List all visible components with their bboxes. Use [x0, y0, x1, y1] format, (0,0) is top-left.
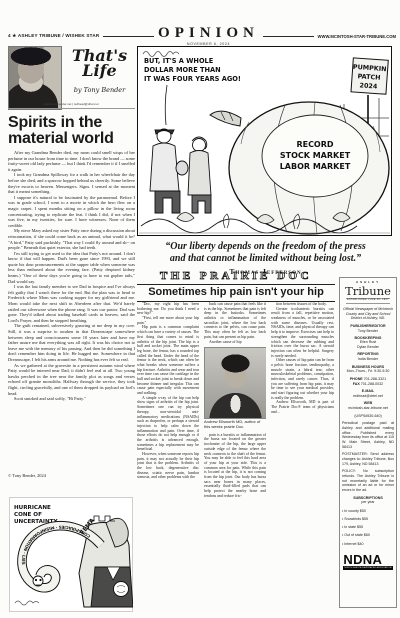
- header-rule-left: [103, 36, 154, 37]
- pumpkin-label-line1: RECORD: [296, 140, 333, 149]
- svg-text:IT WAS FOUR YEARS AGO!: IT WAS FOUR YEARS AGO!: [144, 75, 241, 83]
- photo-caption: Andrew Ellsworth MD, author of this week…: [204, 420, 266, 430]
- masthead-brand: Tribune: [342, 285, 394, 297]
- skull: [33, 576, 43, 586]
- periodical-note: Periodical postage paid at Ashley and ad…: [342, 421, 394, 449]
- fax-line: FAX 701-288-0032: [342, 382, 394, 387]
- quote-line-2: and that cannot be limited without being…: [137, 253, 394, 265]
- masthead-info-box: ASHLEY Tribune ESTABLISHED JUNE 28, 1907…: [339, 277, 397, 608]
- pumpkin-cartoon-drawing: PUMPKIN PATCH 2024 RECORD STOCK MARKET L…: [137, 46, 392, 236]
- prairie-doc-headline: Sometimes hip pain isn't your hip: [137, 287, 335, 299]
- thats-life-column-header: That's Life by Tony Bender www.tonybende…: [8, 46, 135, 112]
- header-center: OPINION NOVEMBER 6, 2024: [158, 26, 259, 46]
- column-byline: by Tony Bender: [64, 86, 135, 94]
- article-headline: Spirits in the material world: [8, 115, 135, 147]
- postmaster-note: POSTMASTER: Send address changes to: Ash…: [342, 452, 394, 466]
- email-address: redhead@drtel.net: [342, 394, 394, 399]
- ndna-logo: NDNA NORTH DAKOTA NEWSPAPER ASSOCIATION: [343, 554, 392, 570]
- policy-note: POLICY: No subscription refunds. The Ash…: [342, 469, 394, 492]
- website-url: WWW.MCINTOSH-STAR-TRIBUNE.COM: [318, 34, 396, 39]
- usps-number: (USPS#530-640): [342, 414, 394, 419]
- header-rule-right: [263, 36, 314, 37]
- phone-number: 701-288-3321: [364, 377, 386, 381]
- subscriptions-block: SUBSCRIPTIONS per year • In county $50• …: [342, 496, 394, 547]
- subscriptions-per-year: per year: [342, 500, 394, 505]
- rule: [137, 284, 335, 285]
- staff-name: India Bender: [342, 357, 394, 362]
- newspaper-opinion-page: 4 ★ ASHLEY TRIBUNE / WISHEK STAR OPINION…: [0, 0, 400, 618]
- page-header: 4 ★ ASHLEY TRIBUNE / WISHEK STAR OPINION…: [8, 26, 396, 46]
- andrew-ellsworth-photo: [204, 347, 266, 419]
- article-body: After my Grandma Bender died, my mom cou…: [8, 150, 135, 472]
- pumpkin-label-line3: LABOR MARKET: [280, 162, 351, 171]
- fax-number: 701-288-0032: [361, 382, 383, 386]
- copyright-line: © Tony Bender, 2024: [8, 473, 135, 478]
- column-title: That's Life: [64, 48, 135, 78]
- subscription-rates: • In county $50• Snowbirds $55• In state…: [342, 509, 394, 547]
- fax-label: FAX: [353, 382, 360, 386]
- svg-text:DOLLAR MORE THAN: DOLLAR MORE THAN: [144, 66, 221, 74]
- column-contact-line: www.tonybender.net | redhead@drtel.net: [8, 102, 135, 109]
- svg-text:PATCH: PATCH: [357, 72, 380, 82]
- web-address: mcintosh-star-tribune.net: [342, 406, 394, 411]
- prairie-doc-header: THE PRAIRIE DOC Sometimes hip pain isn't…: [137, 271, 335, 304]
- phone-label: PHONE: [350, 377, 363, 381]
- page-number: 4: [8, 33, 11, 38]
- tony-bender-portrait: [8, 46, 62, 110]
- elephant-cartoon-drawing: HURRICANE CONE OF UNCERTAINTY CONSPIRACI…: [9, 497, 133, 612]
- pumpkin-label-line2: STOCK MARKET: [280, 151, 351, 160]
- svg-text:BUT, IT'S A WHOLE: BUT, IT'S A WHOLE: [144, 57, 214, 65]
- editorial-cartoon-elephant: HURRICANE CONE OF UNCERTAINTY CONSPIRACI…: [9, 497, 133, 612]
- staff-name: Dylan Bender: [342, 345, 394, 350]
- prairie-doc-col2-top: back can cause pain that feels like it i…: [204, 302, 266, 344]
- masthead-established: ESTABLISHED JUNE 28, 1907: [346, 298, 390, 304]
- svg-text:CONE OF: CONE OF: [14, 512, 42, 518]
- star-icon: ★: [12, 33, 16, 38]
- pumpkin-patch-sign: PUMPKIN PATCH 2024: [351, 58, 388, 94]
- prairie-doc-column-3: tion between tissues of the body.Greater…: [271, 302, 334, 616]
- editorial-cartoon-pumpkin: PUMPKIN PATCH 2024 RECORD STOCK MARKET L…: [137, 46, 392, 236]
- header-left: 4 ★ ASHLEY TRIBUNE / WISHEK STAR: [8, 33, 99, 39]
- prairie-doc-col2-bottom: pain is a bursitis or inflammation of th…: [204, 433, 266, 499]
- staff-name: Tony Bender: [342, 329, 394, 334]
- quote-line-1: “Our liberty depends on the freedom of t…: [137, 241, 394, 253]
- official-newspaper-note: Official Newspaper of McIntosh County an…: [342, 307, 394, 321]
- ndna-tagline: NORTH DAKOTA NEWSPAPER ASSOCIATION: [343, 566, 392, 569]
- prairie-doc-column-2: back can cause pain that feels like it i…: [204, 302, 266, 616]
- paper-name: ASHLEY TRIBUNE / WISHEK STAR: [18, 33, 100, 38]
- prairie-doc-section-title: THE PRAIRIE DOC: [137, 271, 335, 282]
- ndna-wordmark: NDNA: [343, 554, 392, 566]
- prairie-doc-column-1: "Doc, my right hip has been bothering me…: [137, 302, 199, 616]
- svg-text:2024: 2024: [359, 81, 378, 90]
- section-title: OPINION: [158, 26, 259, 41]
- business-hours: Mon.-Thurs., Fri. 9:30-5:30: [342, 369, 394, 374]
- svg-text:HURRICANE: HURRICANE: [14, 505, 51, 511]
